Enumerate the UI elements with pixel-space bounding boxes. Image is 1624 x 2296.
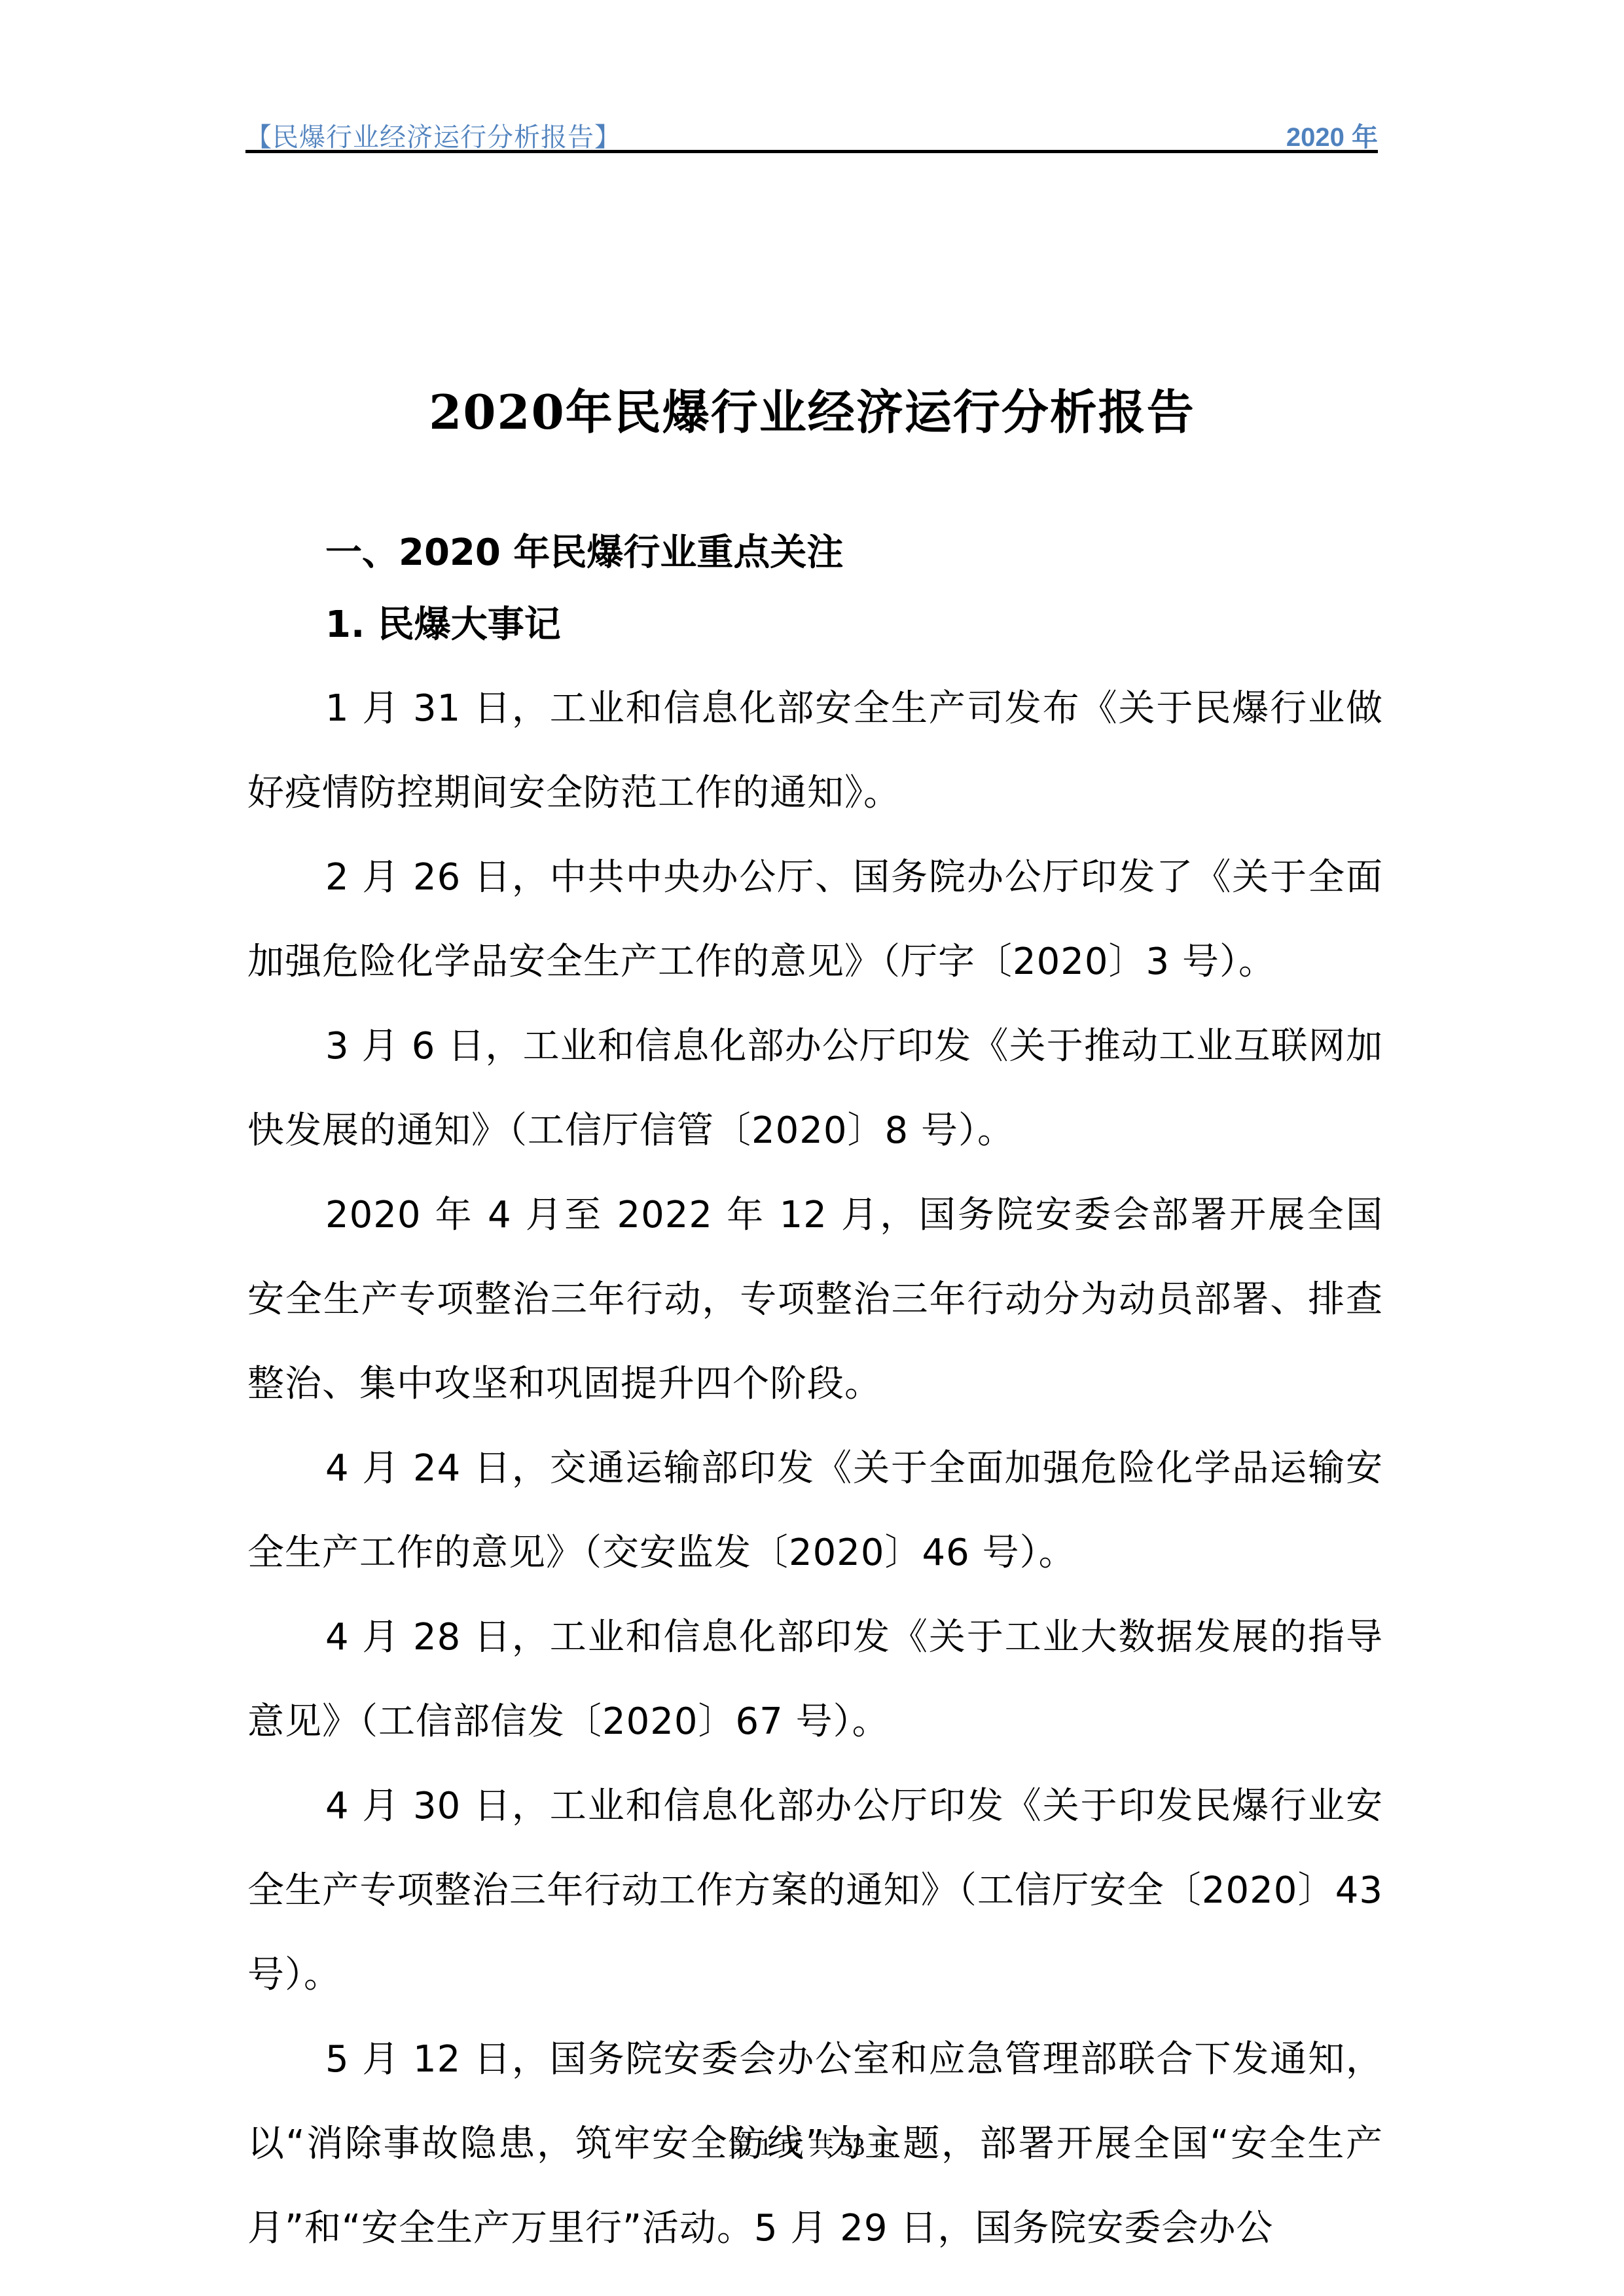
paragraph: 3 月 6 日，工业和信息化部办公厅印发《关于推动工业互联网加快发展的通知》（工… bbox=[247, 1004, 1383, 1173]
header-year: 2020 年 bbox=[1286, 117, 1378, 154]
section-heading: 一、2020 年民爆行业重点关注 bbox=[325, 524, 843, 576]
page-header: 【民爆行业经济运行分析报告】 2020 年 bbox=[245, 111, 1378, 152]
paragraph: 2 月 26 日，中共中央办公厅、国务院办公厅印发了《关于全面加强危险化学品安全… bbox=[247, 835, 1383, 1004]
header-divider bbox=[245, 150, 1378, 153]
document-title: 2020年民爆行业经济运行分析报告 bbox=[0, 374, 1624, 442]
paragraph: 4 月 24 日，交通运输部印发《关于全面加强危险化学品运输安全生产工作的意见》… bbox=[247, 1426, 1383, 1595]
paragraph: 4 月 28 日，工业和信息化部印发《关于工业大数据发展的指导意见》（工信部信发… bbox=[247, 1595, 1383, 1764]
paragraph: 2020 年 4 月至 2022 年 12 月，国务院安委会部署开展全国安全生产… bbox=[247, 1173, 1383, 1426]
page-number: 第 1 页 共 53 页 bbox=[0, 2126, 1624, 2162]
paragraph: 4 月 30 日，工业和信息化部办公厅印发《关于印发民爆行业安全生产专项整治三年… bbox=[247, 1764, 1383, 2017]
header-report-name: 【民爆行业经济运行分析报告】 bbox=[245, 117, 621, 154]
subsection-heading: 1. 民爆大事记 bbox=[325, 596, 561, 648]
body-text: 1 月 31 日，工业和信息化部安全生产司发布《关于民爆行业做好疫情防控期间安全… bbox=[247, 666, 1383, 2270]
paragraph: 1 月 31 日，工业和信息化部安全生产司发布《关于民爆行业做好疫情防控期间安全… bbox=[247, 666, 1383, 835]
